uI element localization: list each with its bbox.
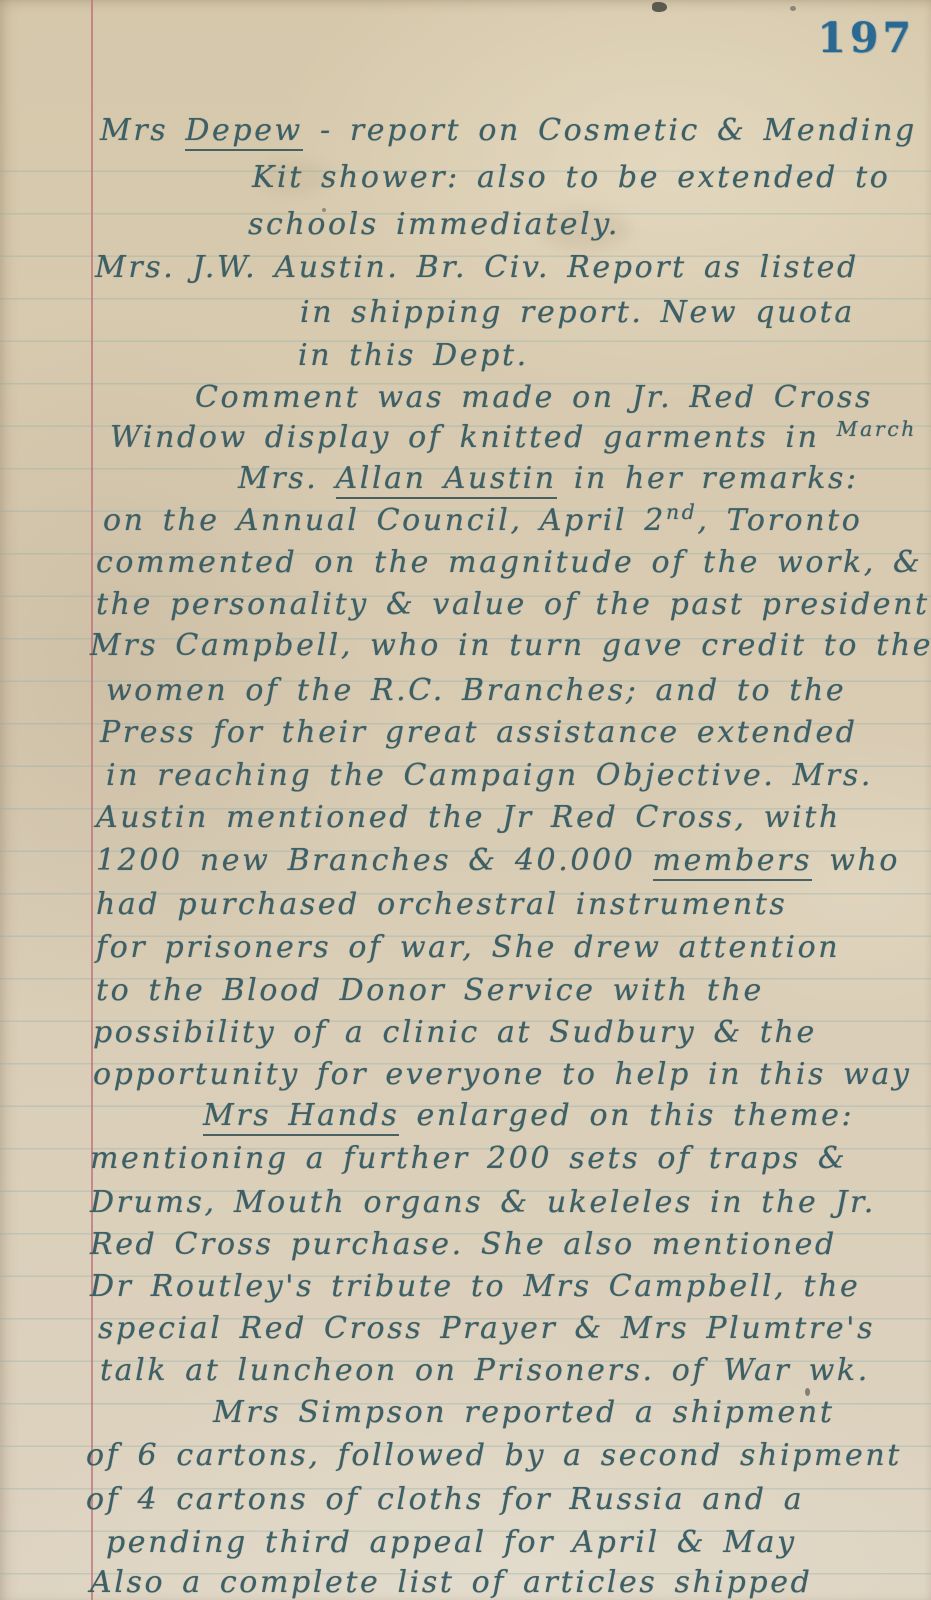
handwriting-line: schools immediately. (248, 204, 620, 246)
notebook-page: 197 Mrs Depew - report on Cosmetic & Men… (0, 0, 931, 1600)
handwriting-text: enlarged on this theme: (399, 1098, 854, 1133)
handwriting-line: the personality & value of the past pres… (96, 584, 930, 626)
handwriting-line: for prisoners of war, She drew attention (96, 927, 840, 969)
handwriting-line: special Red Cross Prayer & Mrs Plumtre's (98, 1308, 875, 1350)
handwriting-line: Window display of knitted garments in Ma… (110, 417, 917, 461)
handwriting-line: Mrs. Allan Austin in her remarks: (238, 458, 859, 500)
handwriting-text: Mrs Campbell, who in turn gave credit to… (90, 628, 931, 663)
handwriting-line: Dr Routley's tribute to Mrs Campbell, th… (90, 1266, 860, 1308)
handwriting-text: Kit shower: also to be extended to (252, 160, 890, 195)
handwriting-line: had purchased orchestral instruments (96, 884, 787, 926)
handwriting-text: - report on Cosmetic & Mending (303, 113, 917, 148)
handwriting-line: Press for their great assistance extende… (100, 712, 858, 754)
handwriting-text: of 6 cartons, followed by a second shipm… (86, 1438, 902, 1473)
handwriting-text: in this Dept. (298, 338, 529, 373)
handwriting-line: Kit shower: also to be extended to (252, 157, 890, 199)
handwriting-text: talk at luncheon on Prisoners. of War wk… (100, 1353, 870, 1388)
handwriting-line: in shipping report. New quota (300, 292, 855, 334)
margin-rule (91, 0, 93, 1600)
handwriting-line: women of the R.C. Branches; and to the (106, 670, 846, 712)
underlined-word: Depew (185, 113, 302, 151)
handwriting-text: Comment was made on Jr. Red Cross (195, 380, 873, 415)
handwriting-text: commented on the magnitude of the work, … (96, 545, 922, 580)
handwriting-text: in shipping report. New quota (300, 295, 855, 330)
underlined-word: Mrs Hands (203, 1098, 399, 1136)
handwriting-text: schools immediately. (248, 207, 620, 242)
handwriting-text: had purchased orchestral instruments (96, 887, 787, 922)
handwriting-line: opportunity for everyone to help in this… (93, 1054, 912, 1096)
handwriting-text: in reaching the Campaign Objective. Mrs. (106, 758, 873, 793)
handwriting-line: Comment was made on Jr. Red Cross (195, 377, 873, 419)
underlined-word: members (653, 843, 813, 881)
handwriting-text: special Red Cross Prayer & Mrs Plumtre's (98, 1311, 875, 1346)
handwriting-text: Drums, Mouth organs & ukeleles in the Jr… (90, 1185, 876, 1220)
handwriting-line: Mrs Hands enlarged on this theme: (203, 1095, 854, 1137)
handwriting-text: Also a complete list of articles shipped (90, 1565, 812, 1600)
handwriting-line: talk at luncheon on Prisoners. of War wk… (100, 1350, 870, 1392)
ink-speck (652, 2, 667, 12)
handwriting-text: opportunity for everyone to help in this… (93, 1057, 912, 1092)
handwriting-line: mentioning a further 200 sets of traps & (90, 1138, 847, 1180)
superscript-word: nd (666, 500, 697, 524)
handwriting-text: possibility of a clinic at Sudbury & the (93, 1015, 817, 1050)
handwriting-text: mentioning a further 200 sets of traps & (90, 1141, 847, 1176)
handwriting-text: on the Annual Council, April 2 (103, 503, 666, 538)
handwriting-text: in her remarks: (557, 461, 859, 496)
superscript-word: March (837, 417, 917, 441)
handwriting-text: , Toronto (697, 503, 862, 538)
handwriting-text: 1200 new Branches & 40.000 (96, 843, 653, 878)
handwriting-line: Red Cross purchase. She also mentioned (90, 1224, 837, 1266)
handwriting-line: in reaching the Campaign Objective. Mrs. (106, 755, 873, 797)
handwriting-text: Mrs. (238, 461, 336, 496)
handwriting-text: the personality & value of the past pres… (96, 587, 930, 622)
handwriting-line: pending third appeal for April & May (106, 1522, 797, 1564)
handwriting-line: Drums, Mouth organs & ukeleles in the Jr… (90, 1182, 876, 1224)
handwriting-line: Also a complete list of articles shipped (90, 1562, 812, 1600)
handwriting-line: of 4 cartons of cloths for Russia and a (86, 1479, 804, 1521)
handwriting-text: who (812, 843, 900, 878)
handwriting-line: Mrs Simpson reported a shipment (213, 1392, 834, 1434)
handwriting-line: Mrs. J.W. Austin. Br. Civ. Report as lis… (95, 247, 859, 289)
handwriting-line: Austin mentioned the Jr Red Cross, with (96, 797, 841, 839)
handwriting-text: Mrs. J.W. Austin. Br. Civ. Report as lis… (95, 250, 859, 285)
handwriting-line: possibility of a clinic at Sudbury & the (93, 1012, 817, 1054)
handwriting-text: women of the R.C. Branches; and to the (106, 673, 846, 708)
ink-speck (790, 6, 796, 11)
handwriting-text: Press for their great assistance extende… (100, 715, 858, 750)
handwriting-line: of 6 cartons, followed by a second shipm… (86, 1435, 902, 1477)
handwriting-line: commented on the magnitude of the work, … (96, 542, 922, 584)
handwriting-line: 1200 new Branches & 40.000 members who (96, 840, 900, 882)
handwriting-text: Mrs Simpson reported a shipment (213, 1395, 834, 1430)
handwriting-text: Window display of knitted garments in (110, 420, 837, 455)
handwriting-text: of 4 cartons of cloths for Russia and a (86, 1482, 804, 1517)
handwriting-text: Mrs (100, 113, 185, 148)
handwriting-line: Mrs Campbell, who in turn gave credit to… (90, 625, 931, 667)
handwriting-text: Red Cross purchase. She also mentioned (90, 1227, 837, 1262)
handwriting-line: to the Blood Donor Service with the (96, 970, 764, 1012)
handwriting-text: to the Blood Donor Service with the (96, 973, 764, 1008)
handwriting-text: for prisoners of war, She drew attention (96, 930, 840, 965)
underlined-word: Allan Austin (336, 461, 557, 499)
handwriting-text: pending third appeal for April & May (106, 1525, 797, 1560)
handwriting-line: in this Dept. (298, 335, 529, 377)
handwriting-text: Austin mentioned the Jr Red Cross, with (96, 800, 841, 835)
page-number-stamp: 197 (817, 14, 915, 62)
handwriting-line: on the Annual Council, April 2nd, Toront… (103, 500, 862, 544)
handwriting-text: Dr Routley's tribute to Mrs Campbell, th… (90, 1269, 860, 1304)
handwriting-line: Mrs Depew - report on Cosmetic & Mending (100, 110, 917, 152)
